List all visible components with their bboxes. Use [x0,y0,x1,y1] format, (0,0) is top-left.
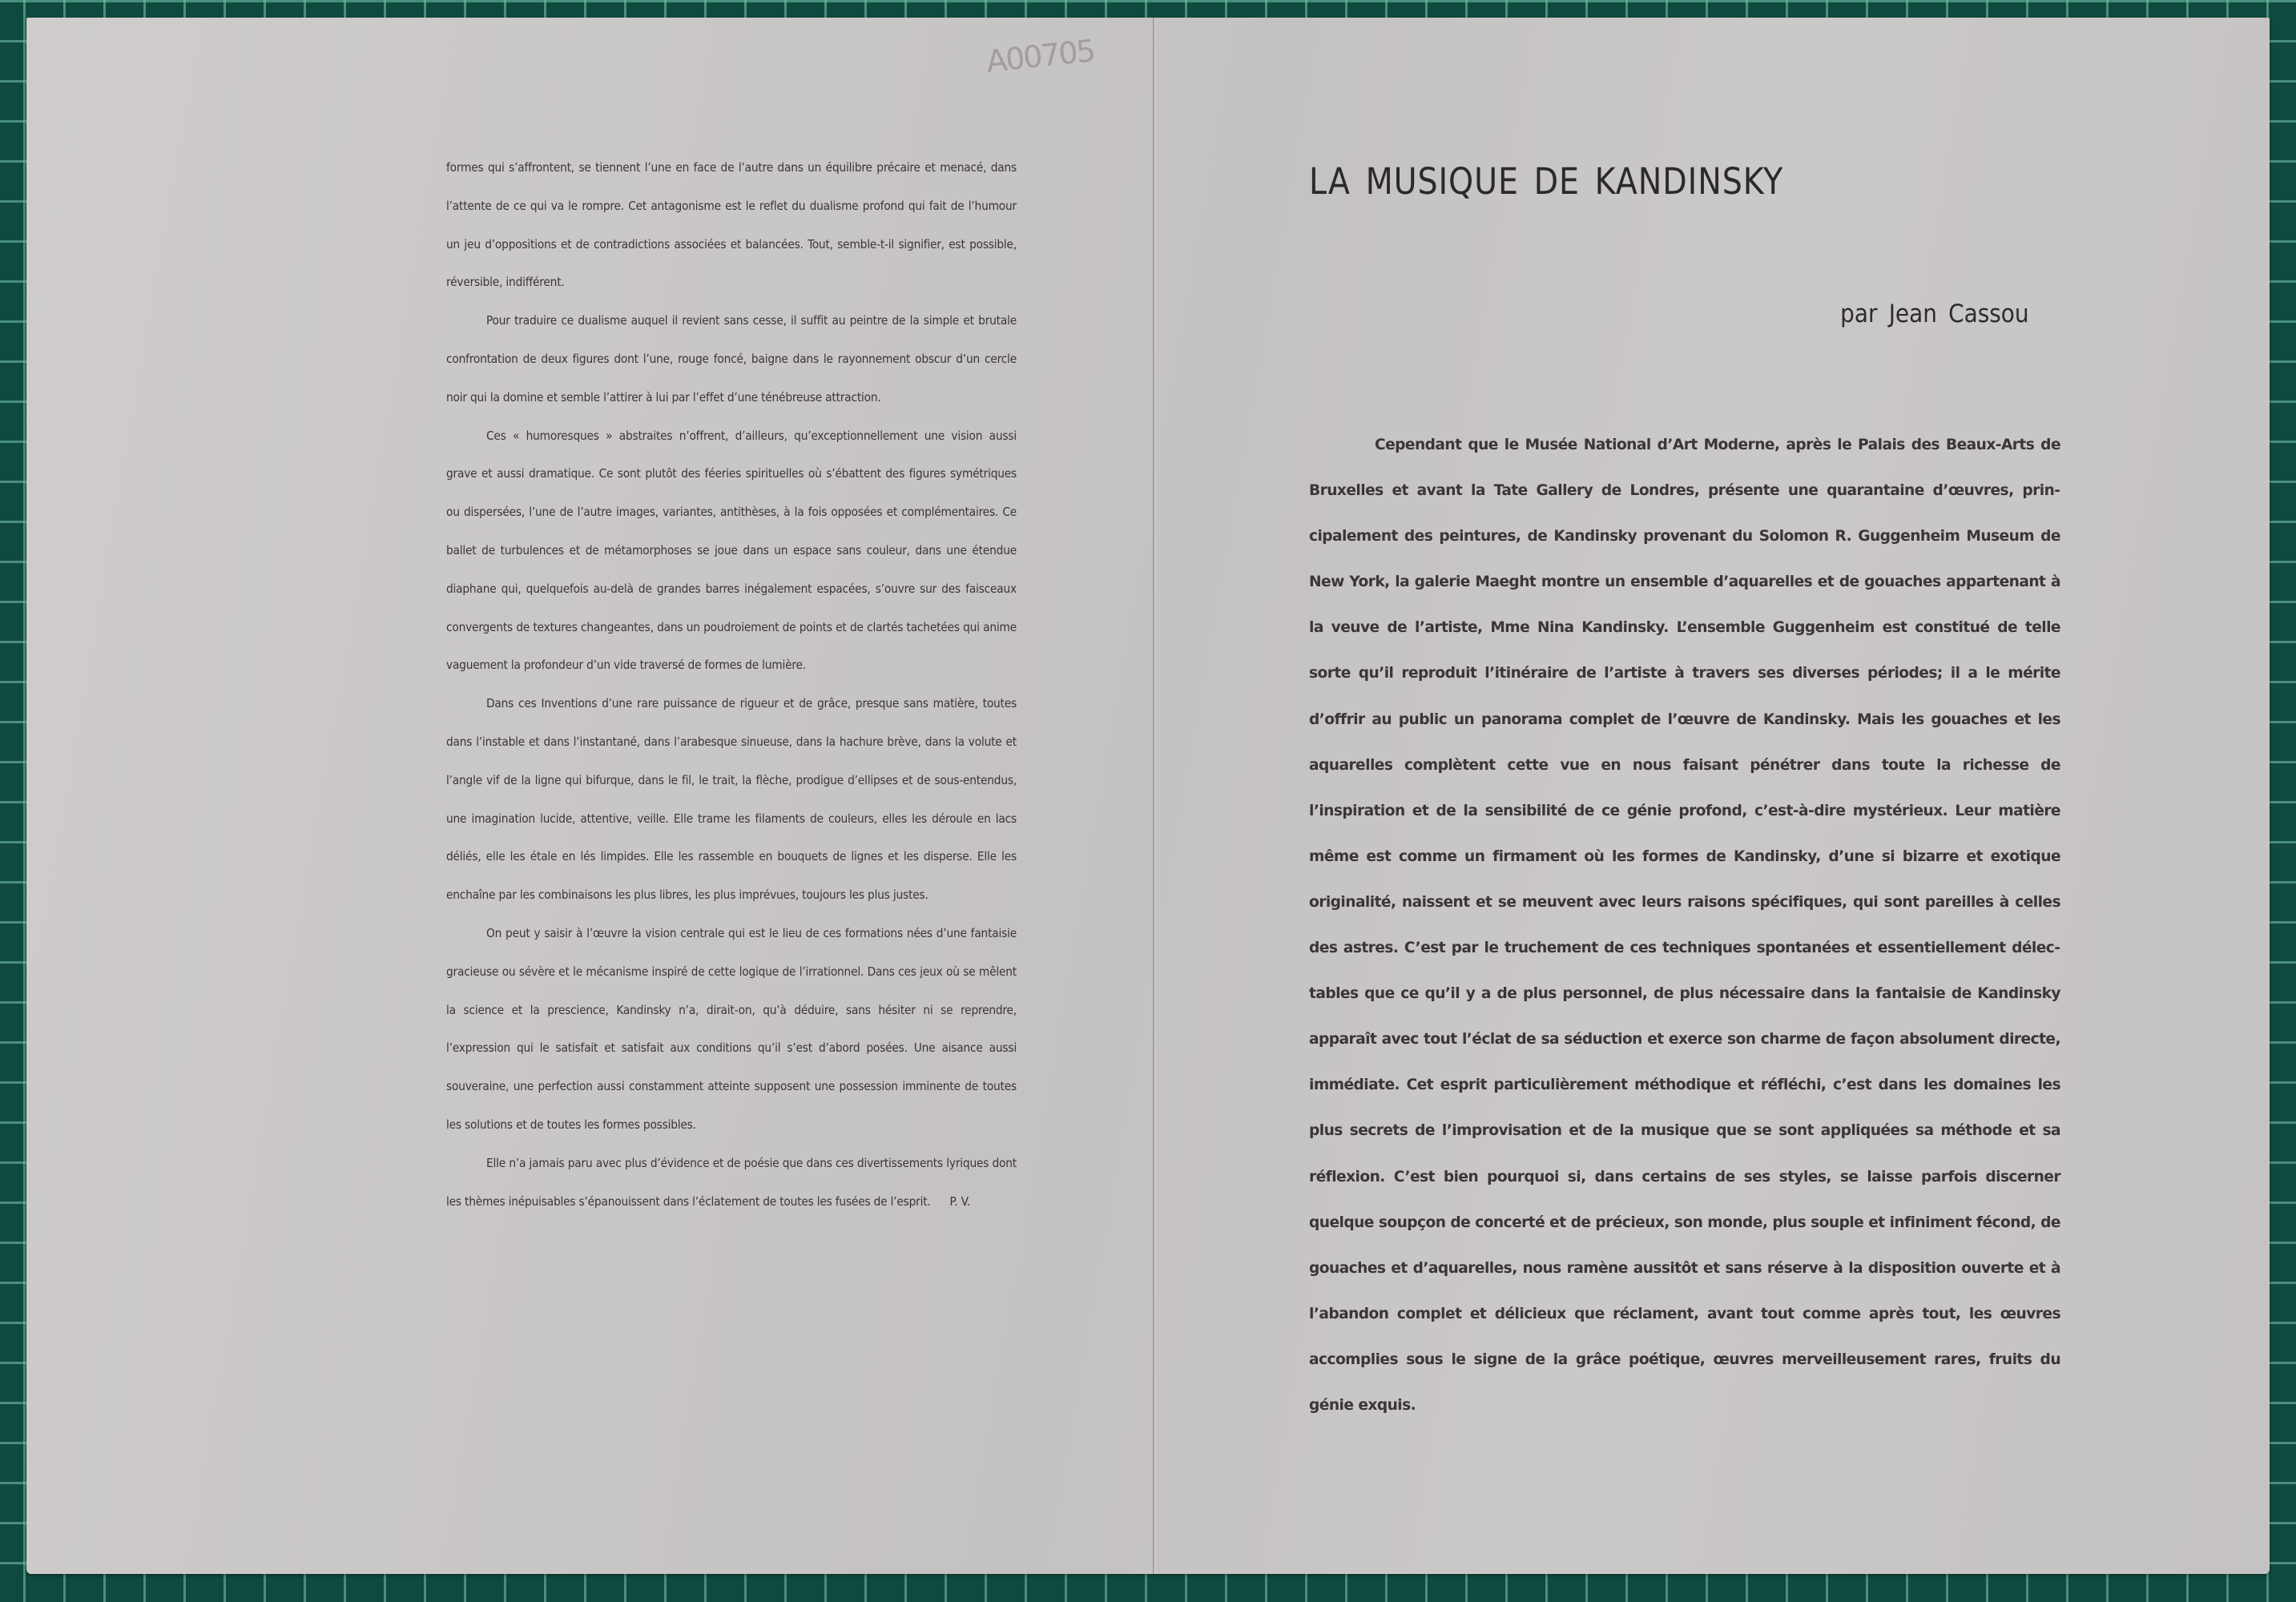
left-paragraph-4: Dans ces Inventions d’une rare puissance… [446,685,1017,915]
left-paragraph-6: Elle n’a jamais paru avec plus d’évidenc… [446,1145,1017,1222]
article-byline: par Jean Cassou [1841,300,2029,328]
article-title: LA MUSIQUE DE KANDINSKY [1309,160,1783,203]
left-final-paragraph-block: Elle n’a jamais paru avec plus d’évidenc… [446,1145,1017,1222]
author-initials-signature: P. V. [950,1183,970,1222]
right-paragraph-1: Cependant que le Musée National d’Art Mo… [1309,422,2060,1428]
folded-document-sheet: A00705 formes qui s’affrontent, se tienn… [26,18,2270,1574]
left-paragraph-3: Ces « humoresques » abstraites n’offrent… [446,417,1017,686]
center-fold-crease [1153,18,1154,1574]
right-page-text-column: Cependant que le Musée National d’Art Mo… [1309,422,2060,1428]
left-paragraph-1: formes qui s’affrontent, se tiennent l’u… [446,149,1017,302]
left-paragraph-2: Pour traduire ce dualisme auquel il revi… [446,302,1017,417]
left-page-text-column: formes qui s’affrontent, se tiennent l’u… [446,149,1017,1221]
pencil-inventory-number: A00705 [985,33,1096,79]
left-paragraph-5: On peut y saisir à l’œuvre la vision cen… [446,915,1017,1145]
